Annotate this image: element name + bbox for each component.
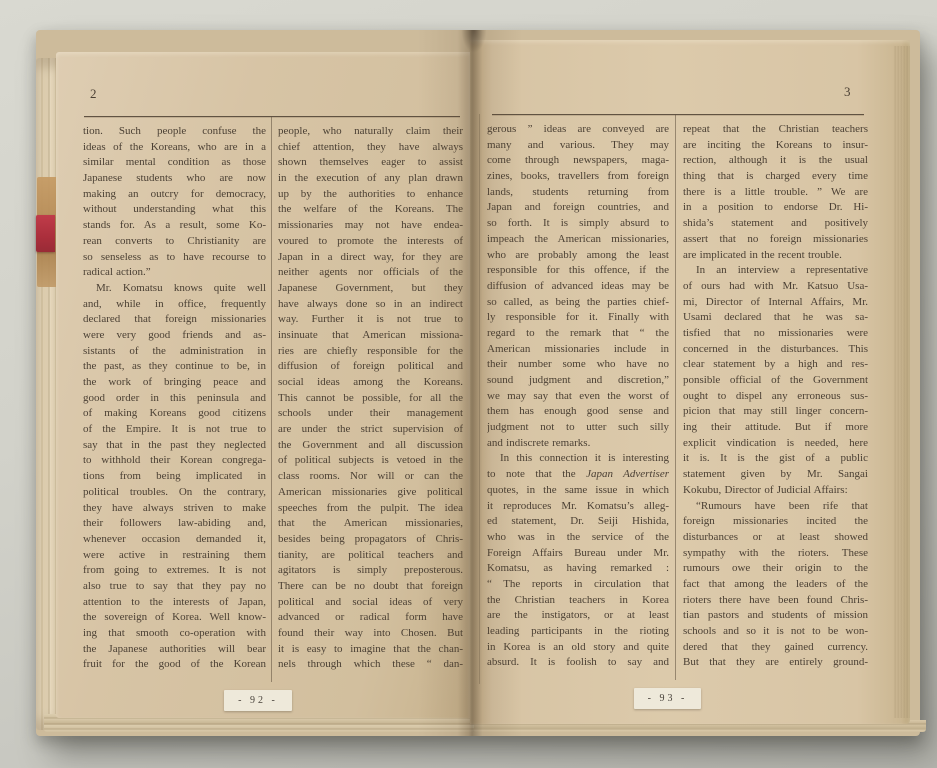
text-line: clear statement by a high and res- (683, 357, 868, 373)
text-line: are under the strict supervision of (278, 422, 463, 438)
text-line: of ours had with Mr. Katsuo Usa- (683, 279, 868, 295)
text-line: class rooms. Nor will or can the (278, 469, 463, 485)
text-line: voured to promote the interests of (278, 234, 463, 250)
text-line: shida’s statement and positively (683, 216, 868, 232)
text-line: and indiscrete remarks. (487, 436, 669, 452)
text-line: they have always striven to make (83, 501, 266, 517)
text-line: of the Empire. It is not true to (83, 422, 266, 438)
text-line: radical action.” (83, 265, 266, 281)
text-line: whenever occasion demanded it, (83, 532, 266, 548)
text-line: them has enough good sense and (487, 404, 669, 420)
text-line: fruit for the good of the Korean (83, 657, 266, 673)
text-line: repeat that the Christian teachers (683, 122, 868, 138)
text-line: the Government and all discussion (278, 438, 463, 454)
text-line: sympathy with the rioters. These (683, 546, 868, 562)
text-line: it reproduces Mr. Komatsu’s alleg- (487, 499, 669, 515)
text-line: shown themselves eager to assist (278, 155, 463, 171)
text-line: to withhold their Korean congrega- (83, 453, 266, 469)
text-line: it is. It is the gist of a public (683, 451, 868, 467)
text-line: regard to the remark that “ the (487, 326, 669, 342)
text-line: tion. Such people confuse the (83, 124, 266, 140)
text-line: are inciting the Koreans to insur- (683, 138, 868, 154)
text-line: Foreign Affairs Bureau under Mr. (487, 546, 669, 562)
text-line: Kokubu, Director of Judicial Affairs: (683, 483, 868, 499)
column-divider-right-page (675, 114, 676, 680)
text-line: ed statement, Dr. Seiji Hishida, (487, 514, 669, 530)
text-line: rumours owe their origin to the (683, 561, 868, 577)
text-line: the past, as they continue to be, in (83, 359, 266, 375)
text-line: many and various. They may (487, 138, 669, 154)
text-line: ly responsible for it. Finally with (487, 310, 669, 326)
text-line: sound judgment and discretion,” (487, 373, 669, 389)
text-line: ing that smooth co-operation with (83, 626, 266, 642)
red-bookmark-tab (36, 215, 55, 252)
text-line: statement given by Mr. Sangai (683, 467, 868, 483)
text-line: we may say that even the worst of (487, 389, 669, 405)
text-line: rean converts to Christianity are (83, 234, 266, 250)
text-line: also true to say that they pay no (83, 579, 266, 595)
text-line: diffusion of foreign political and (278, 359, 463, 375)
text-line: schools and so it is not to be won- (683, 624, 868, 640)
text-line: foreign missionaries incited the (683, 514, 868, 530)
text-line: similar mental condition as those (83, 155, 266, 171)
text-line: people, who naturally claim their (278, 124, 463, 140)
text-line: missionaries may not have endea- (278, 218, 463, 234)
text-line: rection, although it is the usual (683, 153, 868, 169)
text-line: tisfied that no missionaries were (683, 326, 868, 342)
text-line: were active in restraining them (83, 548, 266, 564)
text-line: say that in the past they neglected (83, 438, 266, 454)
text-line: declared that foreign missionaries (83, 312, 266, 328)
text-line: Usami declared that he was sa- (683, 310, 868, 326)
text-line: who are probably among the least (487, 248, 669, 264)
text-line: absurd. It is foolish to say and (487, 655, 669, 671)
text-line: political troubles. On the contrary, (83, 485, 266, 501)
text-line: There can be no doubt that foreign (278, 579, 463, 595)
text-line: ponsible official of the Government (683, 373, 868, 389)
fore-edge-lines (894, 46, 910, 718)
footer-page-label-left-text: - 92 - (238, 695, 278, 706)
gutter-crease-line (479, 114, 480, 684)
text-line: of making Koreans good citizens (83, 406, 266, 422)
text-line: schools under their management (278, 406, 463, 422)
text-line: judgment not to utter such silly (487, 420, 669, 436)
text-line: good order in this peninsula and (83, 391, 266, 407)
text-line: advanced or radical form have (278, 610, 463, 626)
text-line: social ideas among the Koreans. (278, 375, 463, 391)
text-line: sistants of the administration in (83, 344, 266, 360)
text-line: tianity, are political teachers and (278, 548, 463, 564)
text-column-3: gerous ” ideas are conveyed aremany and … (487, 122, 669, 671)
text-line: to note that the Japan Advertiser (487, 467, 669, 483)
text-line: thing that is charged every time (683, 169, 868, 185)
text-line: mi, Director of Internal Affairs, Mr. (683, 295, 868, 311)
text-line: chief attention, they have always (278, 140, 463, 156)
text-line: the Christian teachers in Korea (487, 593, 669, 609)
text-line: leading participants in the rioting (487, 624, 669, 640)
text-line: concerned in the disturbances. This (683, 342, 868, 358)
text-line: “Rumours have been rife that (683, 499, 868, 515)
text-line: “ The reports in circulation that (487, 577, 669, 593)
header-rule-right (492, 114, 864, 115)
text-line: in Korea is an old story and quite (487, 640, 669, 656)
text-line: making an outcry for democracy, (83, 187, 266, 203)
text-line: diffusion of advanced ideas may be (487, 279, 669, 295)
text-line: assert that no foreign missionaries (683, 232, 868, 248)
text-line: political and social ideas of very (278, 595, 463, 611)
text-line: the Japanese authorities will bear (83, 642, 266, 658)
text-line: insinuate that American missiona- (278, 328, 463, 344)
footer-page-label-right: - 93 - (634, 688, 701, 709)
text-line: rioters there have been found Chris- (683, 593, 868, 609)
text-line: fact that among the leaders of the (683, 577, 868, 593)
text-line: zines, books, travellers from foreign (487, 169, 669, 185)
text-line: besides being propagators of Chris- (278, 532, 463, 548)
text-line: Komatsu, as having remarked : (487, 561, 669, 577)
text-line: the sovereign of Korea. Well know- (83, 610, 266, 626)
text-line: Mr. Komatsu knows quite well (83, 281, 266, 297)
text-line: it is easy to imagine that the chan- (278, 642, 463, 658)
text-line: picion that may still linger concern- (683, 404, 868, 420)
text-line: disturbances or at least showed (683, 530, 868, 546)
text-line: so forth. It is simply absurd to (487, 216, 669, 232)
text-line: Japan in a direct way, for they are (278, 250, 463, 266)
text-line: the work of bringing peace and (83, 375, 266, 391)
text-line: In an interview a representative (683, 263, 868, 279)
text-line: tian pastors and students of mission (683, 608, 868, 624)
text-line: ing their attitude. But if more (683, 420, 868, 436)
text-line: stands for. As a result, some Ko- (83, 218, 266, 234)
text-line: and, while in office, frequently (83, 297, 266, 313)
text-line: without understanding what this (83, 202, 266, 218)
text-line: so called, as being the parties chief- (487, 295, 669, 311)
text-line: in a position to endorse Dr. Hi- (683, 200, 868, 216)
text-line: ought to dispel any erroneous sus- (683, 389, 868, 405)
text-line: way. Further it is not true to (278, 312, 463, 328)
text-line: are implicated in the recent trouble. (683, 248, 868, 264)
text-line: were very good friends and as- (83, 328, 266, 344)
text-line: found their way into Chosen. But (278, 626, 463, 642)
text-line: of political subjects is vetoed in the (278, 453, 463, 469)
text-line: ideas of the Koreans, who are in a (83, 140, 266, 156)
text-line: tions from being implicated in (83, 469, 266, 485)
text-line: explicit vindication is needed, here (683, 436, 868, 452)
text-line: Japan and foreign countries, and (487, 200, 669, 216)
text-line: the welfare of the Koreans. The (278, 202, 463, 218)
text-line: quotes, in the same issue in which (487, 483, 669, 499)
footer-page-label-right-text: - 93 - (648, 693, 688, 704)
text-column-2: people, who naturally claim theirchief a… (278, 124, 463, 673)
open-book: 2 tion. Such people confuse theideas of … (36, 30, 920, 736)
text-line: In this connection it is interesting (487, 451, 669, 467)
column-divider-left-page (271, 116, 272, 682)
text-line: from going to extremes. It is not (83, 563, 266, 579)
text-line: agitators is simply preposterous. (278, 563, 463, 579)
footer-page-label-left: - 92 - (224, 690, 292, 711)
text-line: But that they are entirely ground- (683, 655, 868, 671)
text-line: ries are chiefly responsible for the (278, 344, 463, 360)
text-line: nels through which these “ dan- (278, 657, 463, 673)
text-line: their followers law-abiding and, (83, 516, 266, 532)
text-line: American missionaries give political (278, 485, 463, 501)
photo-backdrop: 2 tion. Such people confuse theideas of … (0, 0, 937, 768)
text-line: gerous ” ideas are conveyed are (487, 122, 669, 138)
right-page: 3 gerous ” ideas are conveyed aremany an… (470, 40, 910, 724)
text-line: Japanese Government, but they (278, 281, 463, 297)
text-column-1: tion. Such people confuse theideas of th… (83, 124, 266, 673)
text-line: up by the authorities to enhance (278, 187, 463, 203)
text-line: there is a little trouble. ” We are (683, 185, 868, 201)
text-column-4: repeat that the Christian teachersare in… (683, 122, 868, 671)
text-line: their number some who have no (487, 357, 669, 373)
text-line: that the American missionaries, (278, 516, 463, 532)
text-line: responsible for this offence, if the (487, 263, 669, 279)
text-line: are the instigators, or at least (487, 608, 669, 624)
text-line: This cannot be possible, for all the (278, 391, 463, 407)
text-line: impeach the American missionaries, (487, 232, 669, 248)
text-line: who was in the service of the (487, 530, 669, 546)
left-page: 2 tion. Such people confuse theideas of … (56, 52, 470, 718)
text-line: American missionaries include in (487, 342, 669, 358)
text-line: dered that they gained currency. (683, 640, 868, 656)
text-line: so senseless as to have recourse to (83, 250, 266, 266)
header-rule-left (84, 116, 460, 117)
text-line: come through newspapers, maga- (487, 153, 669, 169)
text-line: Japanese students who are now (83, 171, 266, 187)
text-line: attention to the interests of Japan, (83, 595, 266, 611)
text-line: lands, students returning from (487, 185, 669, 201)
text-line: speeches from the pulpit. The idea (278, 501, 463, 517)
page-number-left: 2 (90, 86, 97, 102)
text-line: in the execution of any plan drawn (278, 171, 463, 187)
text-line: neither agents nor officials of the (278, 265, 463, 281)
text-line: have always done so in an indirect (278, 297, 463, 313)
page-number-right: 3 (844, 84, 851, 100)
